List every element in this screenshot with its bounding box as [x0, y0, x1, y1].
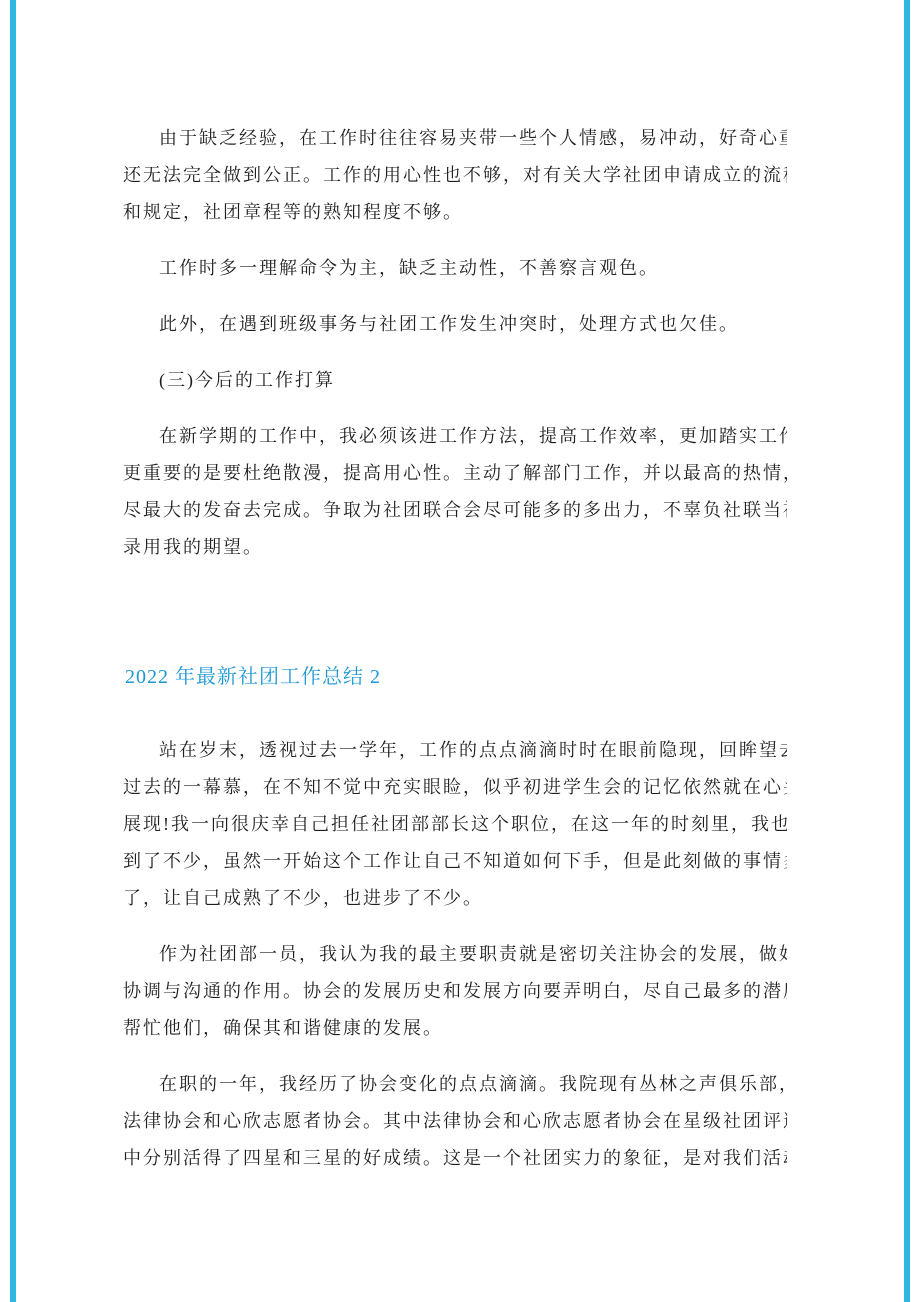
paragraph: 站在岁末，透视过去一学年，工作的点点滴滴时时在眼前隐现，回眸望去 过去的一幕慕，…: [123, 732, 787, 917]
left-accent-bar: [10, 0, 16, 1302]
text-line: 和规定，社团章程等的熟知程度不够。: [123, 194, 787, 231]
text-line: 还无法完全做到公正。工作的用心性也不够，对有关大学社团申请成立的流程: [123, 157, 787, 194]
text-line: 尽最大的发奋去完成。争取为社团联合会尽可能多的多出力，不辜负社联当初: [123, 492, 787, 529]
text-line: 协调与沟通的作用。协会的发展历史和发展方向要弄明白，尽自己最多的潜质: [123, 973, 787, 1010]
text-line: 在新学期的工作中，我必须该进工作方法，提高工作效率，更加踏实工作。: [123, 418, 787, 455]
text-line: 法律协会和心欣志愿者协会。其中法律协会和心欣志愿者协会在星级社团评选: [123, 1103, 787, 1140]
text-line: 过去的一幕慕，在不知不觉中充实眼睑，似乎初进学生会的记忆依然就在心头: [123, 769, 787, 806]
paragraph: 此外，在遇到班级事务与社团工作发生冲突时，处理方式也欠佳。: [123, 306, 787, 343]
sub-section-heading: (三)今后的工作打算: [123, 362, 787, 399]
paragraph: 在职的一年，我经历了协会变化的点点滴滴。我院现有丛林之声俱乐部， 法律协会和心欣…: [123, 1066, 787, 1177]
section-heading: 2022 年最新社团工作总结 2: [125, 662, 787, 692]
text-line: 工作时多一理解命令为主，缺乏主动性，不善察言观色。: [123, 250, 787, 287]
text-line: (三)今后的工作打算: [123, 362, 787, 399]
document-page: 由于缺乏经验，在工作时往往容易夹带一些个人情感，易冲动，好奇心重， 还无法完全做…: [0, 0, 920, 1302]
text-line: 由于缺乏经验，在工作时往往容易夹带一些个人情感，易冲动，好奇心重，: [123, 120, 787, 157]
paragraph: 在新学期的工作中，我必须该进工作方法，提高工作效率，更加踏实工作。 更重要的是要…: [123, 418, 787, 566]
text-line: 录用我的期望。: [123, 529, 787, 566]
text-line: 在职的一年，我经历了协会变化的点点滴滴。我院现有丛林之声俱乐部，: [123, 1066, 787, 1103]
document-content: 由于缺乏经验，在工作时往往容易夹带一些个人情感，易冲动，好奇心重， 还无法完全做…: [123, 0, 787, 1196]
text-line: 站在岁末，透视过去一学年，工作的点点滴滴时时在眼前隐现，回眸望去: [123, 732, 787, 769]
text-line: 帮忙他们，确保其和谐健康的发展。: [123, 1010, 787, 1047]
text-line: 此外，在遇到班级事务与社团工作发生冲突时，处理方式也欠佳。: [123, 306, 787, 343]
paragraph: 作为社团部一员，我认为我的最主要职责就是密切关注协会的发展，做好 协调与沟通的作…: [123, 936, 787, 1047]
text-line: 了，让自己成熟了不少，也进步了不少。: [123, 880, 787, 917]
paragraph: 由于缺乏经验，在工作时往往容易夹带一些个人情感，易冲动，好奇心重， 还无法完全做…: [123, 120, 787, 231]
text-line: 展现!我一向很庆幸自己担任社团部部长这个职位，在这一年的时刻里，我也学: [123, 806, 787, 843]
paragraph: 工作时多一理解命令为主，缺乏主动性，不善察言观色。: [123, 250, 787, 287]
text-line: 到了不少，虽然一开始这个工作让自己不知道如何下手，但是此刻做的事情多: [123, 843, 787, 880]
text-line: 作为社团部一员，我认为我的最主要职责就是密切关注协会的发展，做好: [123, 936, 787, 973]
right-accent-bar: [904, 0, 910, 1302]
text-line: 中分别活得了四星和三星的好成绩。这是一个社团实力的象征，是对我们活动: [123, 1140, 787, 1177]
text-line: 更重要的是要杜绝散漫，提高用心性。主动了解部门工作，并以最高的热情，: [123, 455, 787, 492]
